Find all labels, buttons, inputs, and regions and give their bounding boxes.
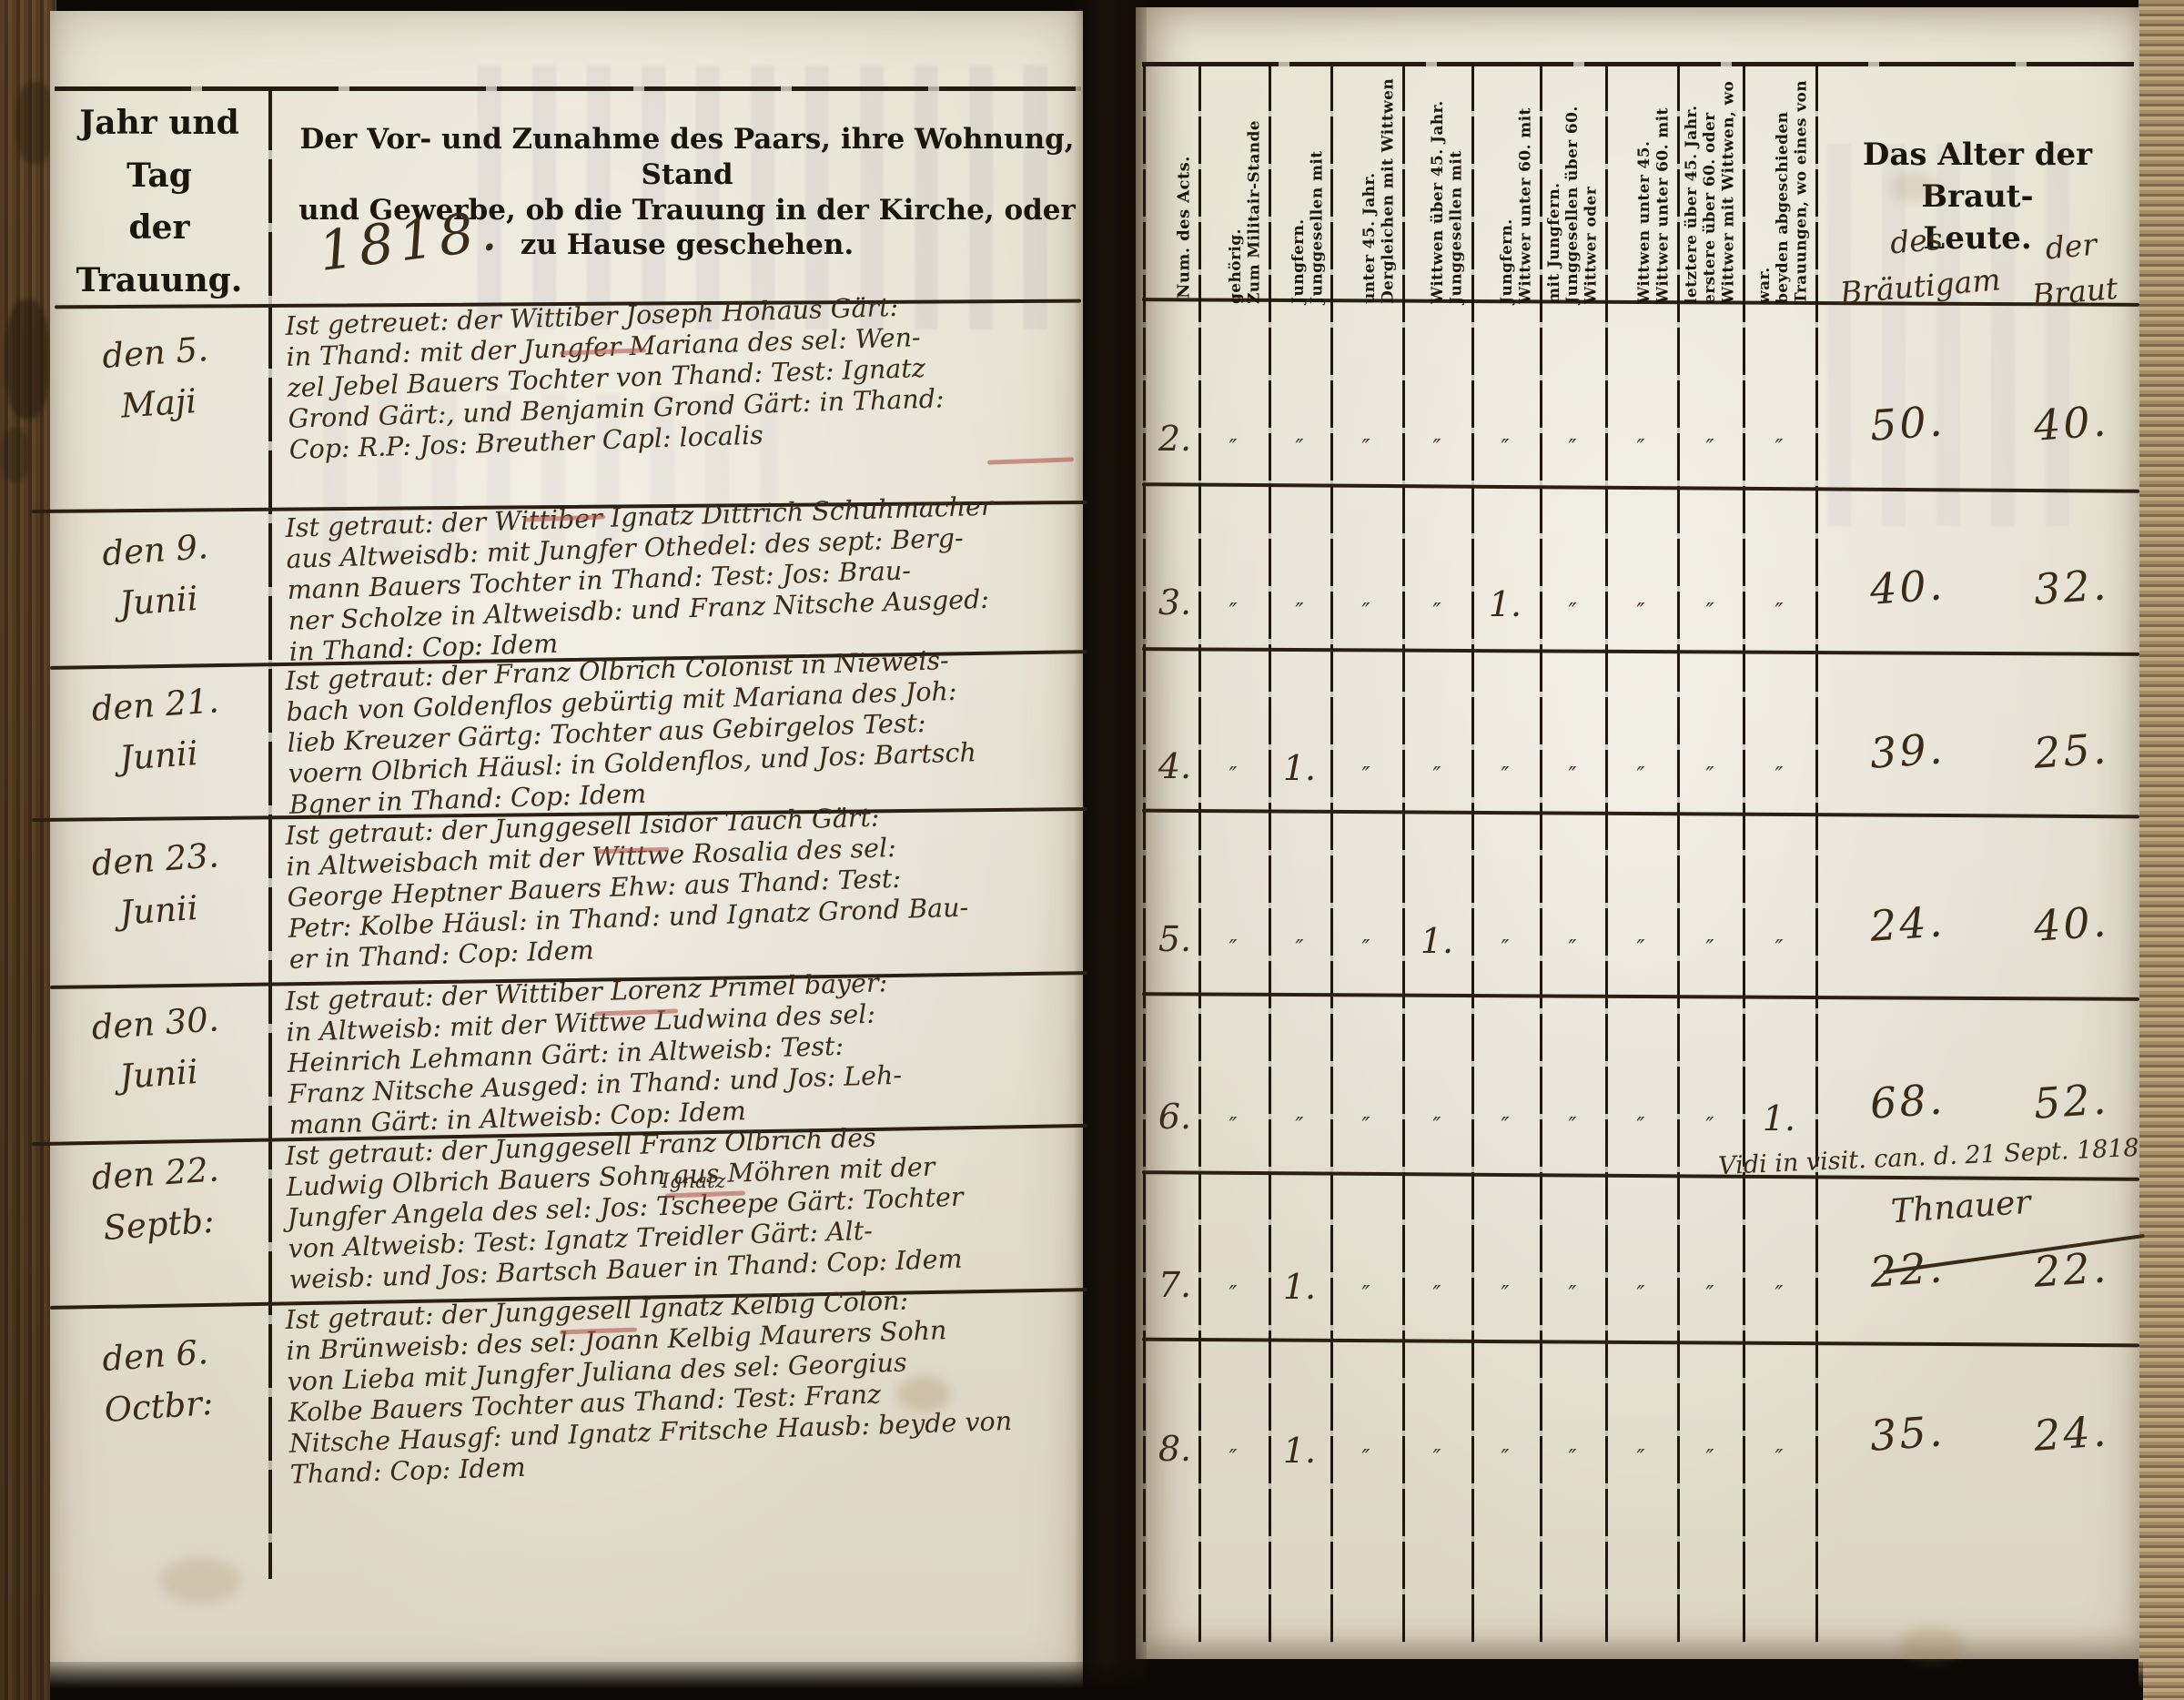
column-header-widower-under60-maiden: Wittwer unter 60. mit Jungfern. [1477,75,1535,304]
entry-text: Ist getreuet: der Wittiber Joseph Hohaus… [285,286,1095,466]
names-header-line: Der Vor- und Zunahme des Paars, ihre Woh… [278,122,1097,193]
bride-age: 22. [2006,1240,2136,1299]
ditto-mark: ″ [1272,435,1327,460]
groom-age-subheader: des Bräutigam [1833,211,2004,315]
column-header-militair: Zum Militair-Stande gehörig. [1204,75,1264,304]
ditto-mark: ″ [1410,1445,1464,1471]
row-number: 7. [1143,1265,1207,1305]
date-header-line: der [55,202,264,255]
entry-date: den 23.Junii [51,827,262,942]
ditto-mark: ″ [1478,763,1532,788]
table-top-border [55,86,1081,91]
row-number: 6. [1143,1097,1207,1137]
ditto-mark: ″ [1683,599,1737,624]
row-number: 5. [1143,919,1207,959]
entry-text: Ist getraut: der Franz Olbrich Colonist … [285,641,1095,821]
groom-age: 24. [1842,895,1972,953]
age-header-line: Das Alter der Braut- [1814,135,2141,218]
ditto-mark: ″ [1752,763,1806,788]
row-separator-line [1142,1338,2139,1348]
date-column-header: Jahr und Tag der Trauung. [55,97,264,307]
ditto-mark: ″ [1545,936,1600,961]
date-header-line: Jahr und Tag [55,97,264,202]
row-number: 4. [1143,746,1207,786]
ditto-mark: ″ [1206,936,1260,961]
book-scan: Jahr und Tag der Trauung. Der Vor- und Z… [0,0,2184,1700]
entry-date: den 21.Junii [51,673,262,787]
ditto-mark: ″ [1410,1113,1464,1138]
row-number: 8. [1143,1429,1207,1469]
ditto-mark: ″ [1545,599,1600,624]
ditto-mark: ″ [1339,936,1393,961]
ditto-mark: ″ [1478,435,1532,460]
ditto-mark: ″ [1613,1113,1668,1138]
ditto-mark: ″ [1613,1445,1668,1471]
ditto-mark: ″ [1339,1113,1393,1138]
row-number: 2. [1143,419,1207,459]
column-line [1677,64,1680,1643]
bride-age-subheader: der Braut [1997,218,2149,320]
ditto-mark: ″ [1206,1445,1260,1471]
bride-age: 25. [2006,722,2136,780]
row-number: 3. [1143,582,1207,622]
ditto-mark: ″ [1752,599,1806,624]
tally-mark: 1. [1272,1431,1327,1471]
tally-mark: 1. [1410,921,1464,961]
ditto-mark: ″ [1545,1281,1600,1307]
red-underline-mark [987,457,1074,464]
column-header-widower-under60-widow-under45: Wittwer unter 60. mit Wittwen unter 45. [1611,75,1673,304]
ink-smudge [2,428,29,482]
interlinear-insertion: Ignatz [662,1170,726,1193]
entry-date: den 6.Octbr: [51,1323,262,1438]
bride-age: 24. [2006,1404,2136,1462]
page-bottom-shadow [50,1662,2143,1700]
right-page-stack-edge [2138,0,2184,1700]
ditto-mark: ″ [1683,435,1737,460]
ditto-mark: ″ [1613,435,1668,460]
column-header-bachelor-maiden: Junggesellen mit Jungfern. [1274,75,1327,304]
entry-text: Ist getraut: der Junggesell Isidor Tauch… [285,795,1095,976]
column-header-bachelor-widow-over45: Junggesellen mit Wittwen über 45. Jahr. [1408,75,1466,304]
ditto-mark: ″ [1478,936,1532,961]
ditto-mark: ″ [1613,599,1668,624]
ink-smudge [16,82,53,164]
ditto-mark: ″ [1752,1445,1806,1471]
ditto-mark: ″ [1339,435,1393,460]
ditto-mark: ″ [1410,1281,1464,1307]
left-register-page: Jahr und Tag der Trauung. Der Vor- und Z… [50,11,1083,1690]
entry-text: Ist getraut: der Wittiber Ignatz Dittric… [285,488,1095,668]
bride-age: 52. [2006,1072,2136,1130]
row-separator-line [1142,809,2139,819]
ditto-mark: ″ [1272,1113,1327,1138]
entry-date: den 22.Septb: [51,1141,262,1256]
ditto-mark: ″ [1478,1281,1532,1307]
ditto-mark: ″ [1206,1281,1260,1307]
bride-age: 40. [2006,895,2136,953]
row-separator-line [1142,992,2139,1001]
groom-age: 39. [1842,722,1972,780]
paper-stain [896,1376,951,1412]
bride-age: 40. [2006,394,2136,452]
ditto-mark: ″ [1683,763,1737,788]
ditto-mark: ″ [1206,435,1260,460]
ditto-mark: ″ [1478,1445,1532,1471]
entry-date: den 5.Maji [51,320,262,435]
column-line [1815,64,1818,1643]
ditto-mark: ″ [1683,1113,1737,1138]
ditto-mark: ″ [1613,1281,1668,1307]
entry-text: Ist getraut: der Junggesell Ignatz Kelbi… [285,1280,1096,1491]
table-top-border [1142,62,2134,66]
column-divider-line [268,86,272,1579]
row-separator-line [1142,647,2139,656]
ditto-mark: ″ [1206,1113,1260,1138]
groom-age: 68. [1842,1072,1972,1130]
ditto-mark: ″ [1478,1113,1532,1138]
ditto-mark: ″ [1206,763,1260,788]
ditto-mark: ″ [1339,1281,1393,1307]
ditto-mark: ″ [1339,599,1393,624]
ditto-mark: ″ [1410,599,1464,624]
ditto-mark: ″ [1683,1281,1737,1307]
ditto-mark: ″ [1339,763,1393,788]
entry-date: den 9.Junii [51,518,262,632]
bride-age: 32. [2006,558,2136,616]
ditto-mark: ″ [1545,1113,1600,1138]
ditto-mark: ″ [1545,763,1600,788]
column-header-num: Num. des Acts. [1150,116,1194,299]
ink-smudge [5,300,49,419]
entry-date: den 30.Junii [51,991,262,1106]
ditto-mark: ″ [1613,763,1668,788]
binding-gutter [1074,0,1147,1700]
ditto-mark: ″ [1410,435,1464,460]
groom-age: 40. [1842,558,1972,616]
column-line [1269,64,1271,1643]
tally-mark: 1. [1752,1098,1806,1138]
paper-stain [1891,171,1936,202]
ditto-mark: ″ [1339,1445,1393,1471]
date-header-line: Trauung. [55,255,264,308]
column-header-widower-over60-maiden: Wittwer oder Junggesellen über 60. mit J… [1545,75,1601,304]
column-line [1540,64,1542,1643]
ditto-mark: ″ [1545,1445,1600,1471]
ditto-mark: ″ [1752,435,1806,460]
ditto-mark: ″ [1752,1281,1806,1307]
column-line [1471,64,1474,1643]
column-header-widower-widow-over60: Wittwer mit Wittwen, wo erstere über 60.… [1683,75,1738,304]
column-line [1330,64,1333,1643]
right-statistics-page: Num. des Acts. Zum Militair-Stande gehör… [1136,7,2139,1659]
row-separator-line [1142,1170,2139,1181]
ditto-mark: ″ [1545,435,1600,460]
column-line [1605,64,1608,1643]
column-line [1743,64,1745,1643]
paper-stain [159,1558,241,1604]
entry-text: Ist getraut: der Wittiber Lorenz Primel … [285,961,1095,1141]
tally-mark: 1. [1272,1267,1327,1307]
ditto-mark: ″ [1683,936,1737,961]
left-page-stack-edge [0,0,56,1700]
paper-stain [1900,1627,1964,1664]
ditto-mark: ″ [1613,936,1668,961]
ditto-mark: ″ [1206,599,1260,624]
ditto-mark: ″ [1752,936,1806,961]
entry-text: Ist getraut: der Junggesell Franz Olbric… [285,1116,1095,1296]
groom-age: 35. [1842,1404,1972,1462]
column-line [1402,64,1405,1643]
tally-mark: 1. [1272,748,1327,788]
visitation-note: Vidi in visit. can. d. 21 Sept. 1818 [1718,1134,2140,1180]
ditto-mark: ″ [1410,763,1464,788]
column-header-bachelor-widow-under45: Dergleichen mit Wittwen unter 45. Jahr. [1336,75,1398,304]
tally-mark: 1. [1478,584,1532,624]
ditto-mark: ″ [1683,1445,1737,1471]
ditto-mark: ″ [1272,599,1327,624]
ditto-mark: ″ [1272,936,1327,961]
groom-age: 50. [1842,394,1972,452]
column-header-divorced: Trauungen, wo eines von beyden abgeschie… [1748,75,1811,304]
column-line [1198,64,1201,1643]
visitation-signature: Thnauer [1890,1184,2032,1231]
